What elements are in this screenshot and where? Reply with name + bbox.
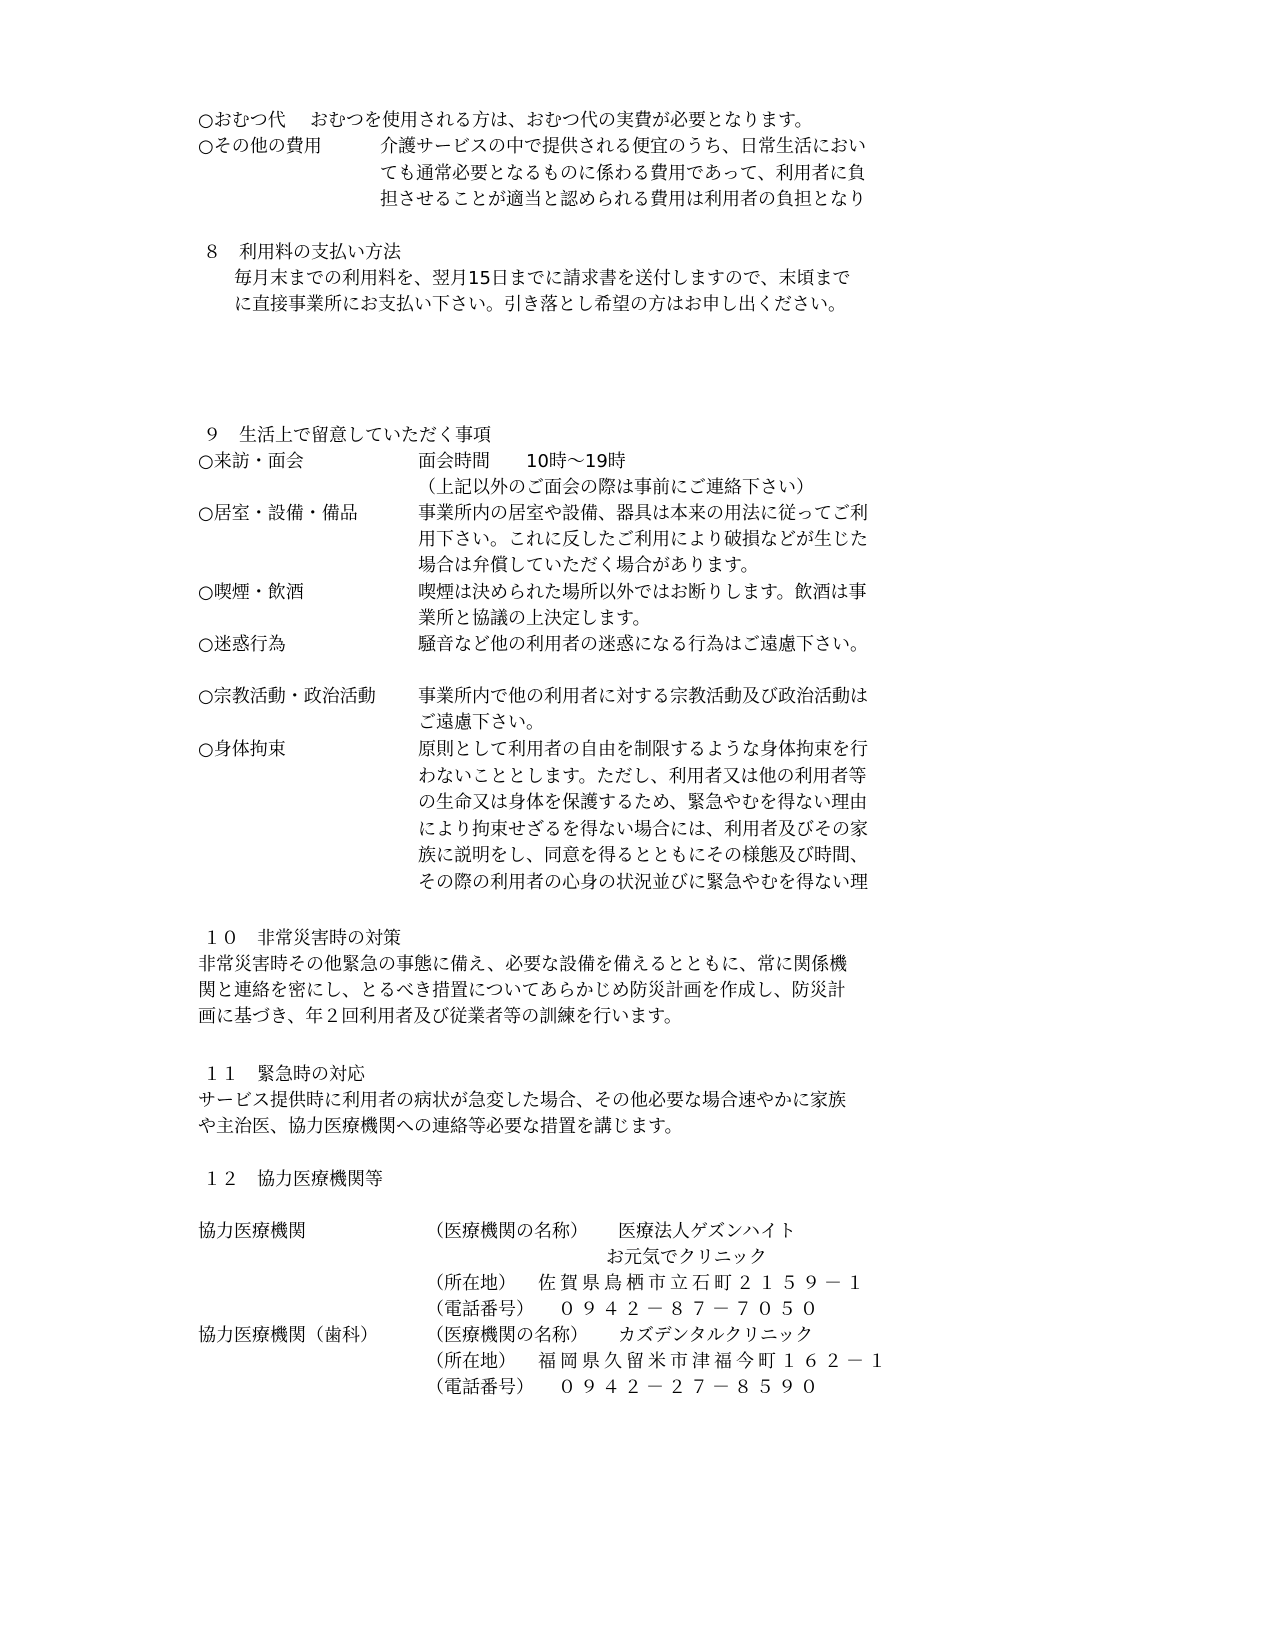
section-8-line: 毎月末までの利用料を、翌月15日までに請求書を送付しますので、末頃まで — [234, 266, 851, 292]
institution-medical-label: 協力医療機関 — [198, 1219, 306, 1245]
rule-smoking-line: 業所と協議の上決定します。 — [418, 606, 651, 632]
institution-dental-phone: ０９４２－２７－８５９０ — [558, 1375, 822, 1401]
institution-medical-name: 医療法人ゲズンハイト — [618, 1219, 796, 1245]
institution-dental-phone-label: （電話番号） — [426, 1375, 534, 1401]
section-10-line: 画に基づき、年２回利用者及び従業者等の訓練を行います。 — [198, 1004, 682, 1030]
fee-diaper-label: ○おむつ代 — [198, 108, 286, 134]
rule-religion-label: ○宗教活動・政治活動 — [198, 684, 376, 710]
rule-restraint-label: ○身体拘束 — [198, 737, 286, 763]
section-8-heading: ８ 利用料の支払い方法 — [203, 240, 401, 266]
institution-dental-name-label: （医療機関の名称） — [426, 1323, 588, 1349]
institution-medical-address-label: （所在地） — [426, 1271, 516, 1297]
institution-medical-address: 佐賀県鳥栖市立石町２１５９－１ — [538, 1271, 868, 1297]
rule-room-line: 事業所内の居室や設備、器具は本来の用法に従ってご利 — [418, 501, 868, 527]
rule-restraint-text-box: 原則として利用者の自由を制限するような身体拘束を行 わないこととします。ただし、… — [418, 737, 938, 895]
section-10-line: 関と連絡を密にし、とるべき措置についてあらかじめ防災計画を作成し、防災計 — [198, 978, 846, 1004]
fee-diaper-text: おむつを使用される方は、おむつ代の実費が必要となります。 — [310, 108, 813, 134]
section-8-line: に直接事業所にお支払い下さい。引き落とし希望の方はお申し出ください。 — [234, 292, 846, 318]
rule-restraint-line: により拘束せざるを得ない場合には、利用者及びその家 — [418, 817, 938, 844]
rule-restraint-line: 原則として利用者の自由を制限するような身体拘束を行 — [418, 737, 938, 764]
rule-restraint-line: わないこととします。ただし、利用者又は他の利用者等 — [418, 764, 938, 791]
rule-room-line: 用下さい。これに反したご利用により破損などが生じた — [418, 527, 868, 553]
rule-restraint-line: の生命又は身体を保護するため、緊急やむを得ない理由 — [418, 790, 938, 817]
section-11-line: や主治医、協力医療機関への連絡等必要な措置を講じます。 — [198, 1114, 683, 1140]
fee-other-line: ても通常必要となるものに係わる費用であって、利用者に負 — [380, 161, 865, 187]
section-10-line: 非常災害時その他緊急の事態に備え、必要な設備を備えるとともに、常に関係機 — [198, 952, 847, 978]
institution-medical-phone: ０９４２－８７－７０５０ — [558, 1297, 822, 1323]
fee-other-line: 担させることが適当と認められる費用は利用者の負担となり — [380, 187, 866, 213]
section-10-heading: １０ 非常災害時の対策 — [203, 926, 401, 952]
institution-medical-name: お元気でクリニック — [606, 1245, 767, 1271]
rule-restraint-line: 族に説明をし、同意を得るとともにその様態及び時間、 — [418, 843, 938, 870]
section-11-heading: １１ 緊急時の対応 — [203, 1062, 365, 1088]
rule-visit-line: 面会時間 10時～19時 — [418, 449, 626, 475]
rule-room-label: ○居室・設備・備品 — [198, 501, 358, 527]
rule-religion-line: ご遠慮下さい。 — [418, 710, 544, 736]
institution-dental-address-label: （所在地） — [426, 1349, 516, 1375]
institution-dental-address: 福岡県久留米市津福今町１６２－１ — [538, 1349, 890, 1375]
institution-dental-name: カズデンタルクリニック — [618, 1323, 813, 1349]
rule-religion-line: 事業所内で他の利用者に対する宗教活動及び政治活動は — [418, 684, 868, 710]
institution-medical-name-label: （医療機関の名称） — [426, 1219, 588, 1245]
institution-medical-phone-label: （電話番号） — [426, 1297, 534, 1323]
fee-other-line: 介護サービスの中で提供される便宜のうち、日常生活におい — [380, 134, 866, 160]
rule-restraint-line: その際の利用者の心身の状況並びに緊急やむを得ない理 — [418, 870, 938, 896]
rule-room-line: 場合は弁償していただく場合があります。 — [418, 553, 759, 579]
rule-visit-line: （上記以外のご面会の際は事前にご連絡下さい） — [418, 475, 814, 501]
section-12-heading: １２ 協力医療機関等 — [203, 1167, 383, 1193]
institution-dental-label: 協力医療機関（歯科） — [198, 1323, 378, 1349]
rule-nuisance-line: 騒音など他の利用者の迷惑になる行為はご遠慮下さい。 — [418, 632, 868, 658]
rule-smoking-line: 喫煙は決められた場所以外ではお断りします。飲酒は事 — [418, 580, 867, 606]
rule-nuisance-label: ○迷惑行為 — [198, 632, 286, 658]
section-11-line: サービス提供時に利用者の病状が急変した場合、その他必要な場合速やかに家族 — [198, 1088, 846, 1114]
rule-smoking-label: ○喫煙・飲酒 — [198, 580, 304, 606]
fee-other-label: ○その他の費用 — [198, 134, 322, 160]
section-9-heading: ９ 生活上で留意していただく事項 — [203, 423, 491, 449]
rule-visit-label: ○来訪・面会 — [198, 449, 304, 475]
